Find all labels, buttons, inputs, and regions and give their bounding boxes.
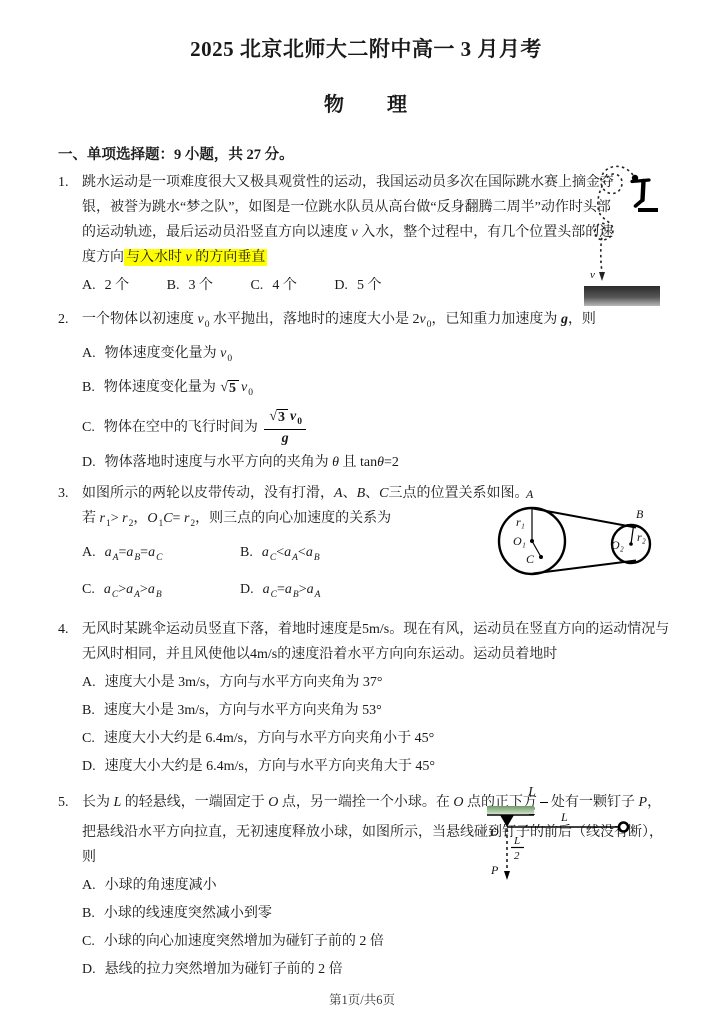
velocity-label: v (590, 269, 595, 281)
option-text: 速度大小大约是 6.4m/s，方向与水平方向夹角大于 45° (105, 759, 435, 774)
question-4-text: 无风时某跳伞运动员竖直下落，着地时速度是5m/s。现在有风，运动员在竖直方向的运… (82, 622, 669, 662)
nail-p-label: P (490, 863, 499, 877)
half-length-numerator: L (513, 835, 520, 847)
diver-trajectory-figure: v (578, 150, 668, 310)
question-1-number: 1. (58, 170, 82, 195)
point-c-dot (539, 555, 543, 559)
question-3-options: A.aA=aB=aC B.aC<aA<aB C.aC>aA>aB D.aC=aB… (58, 537, 460, 611)
option-label: C. (82, 731, 95, 746)
radius-r2-label: r₂ (637, 530, 646, 544)
option-text: 2 个 (105, 278, 130, 293)
point-c-label: C (526, 552, 535, 566)
option-text: aC<aA<aB (262, 545, 320, 560)
option-text: 5 个 (357, 278, 382, 293)
option-b: B.物体速度变化量为 √5v0 (82, 375, 674, 406)
option-label: D. (240, 582, 254, 597)
question-4-options: A.速度大小是 3m/s，方向与水平方向夹角为 37° B.速度大小是 3m/s… (58, 670, 674, 779)
point-b-label: B (636, 507, 644, 521)
question-3-number: 3. (58, 481, 82, 506)
option-c: C.物体在空中的飞行时间为 √3v0g (82, 409, 674, 447)
option-label: B. (167, 278, 180, 293)
option-label: B. (82, 703, 95, 718)
point-a-label: A (525, 487, 534, 501)
option-c: C.速度大小大约是 6.4m/s，方向与水平方向夹角小于 45° (82, 726, 674, 751)
option-label: C. (82, 934, 95, 949)
option-c: C.aC>aA>aB (82, 577, 240, 608)
question-4-body: 4.无风时某跳伞运动员竖直下落，着地时速度是5m/s。现在有风，运动员在竖直方向… (58, 617, 674, 667)
question-2-body: 2.一个物体以初速度 v0 水平抛出，落地时的速度大小是 2v0，已知重力加速度… (58, 307, 674, 338)
center-o1-label: O₁ (513, 534, 526, 548)
option-text: 物体落地时速度与水平方向的夹角为 θ 且 tanθ=2 (105, 455, 399, 470)
question-1-body: 1.跳水运动是一项难度很大又极具观赏性的运动，我国运动员多次在国际跳水赛上摘金夺… (58, 170, 616, 270)
support-triangle (500, 815, 514, 827)
option-label: B. (82, 380, 95, 395)
option-label: C. (250, 278, 263, 293)
option-text: 速度大小大约是 6.4m/s，方向与水平方向夹角小于 45° (104, 731, 434, 746)
down-arrowhead (504, 871, 510, 880)
belt-bottom (533, 561, 636, 574)
center-o2-dot (629, 542, 633, 546)
option-text: 速度大小是 3m/s，方向与水平方向夹角为 53° (104, 703, 382, 718)
option-a: A.物体速度变化量为 v0 (82, 341, 674, 372)
diver-silhouette (632, 175, 649, 206)
option-d: D.aC=aB>aA (240, 577, 460, 608)
option-b: B.小球的线速度突然减小到零 (82, 901, 674, 926)
question-2: 2.一个物体以初速度 v0 水平抛出，落地时的速度大小是 2v0，已知重力加速度… (58, 307, 674, 475)
option-text: 3 个 (188, 278, 213, 293)
option-text: 4 个 (272, 278, 297, 293)
center-o1-dot (530, 539, 534, 543)
option-label: C. (82, 582, 95, 597)
option-text: 小球的角速度减小 (105, 878, 217, 893)
option-b: B.aC<aA<aB (240, 540, 460, 571)
question-2-options: A.物体速度变化量为 v0 B.物体速度变化量为 √5v0 C.物体在空中的飞行… (58, 341, 674, 475)
length-l-label: L (560, 810, 568, 824)
question-2-number: 2. (58, 307, 82, 332)
question-2-text: 一个物体以初速度 v0 水平抛出，落地时的速度大小是 2v0，已知重力加速度为 … (82, 312, 596, 327)
option-a: A.速度大小是 3m/s，方向与水平方向夹角为 37° (82, 670, 674, 695)
option-c: C.小球的向心加速度突然增加为碰钉子前的 2 倍 (82, 929, 674, 954)
option-d: D.5 个 (334, 273, 381, 298)
option-label: D. (82, 759, 96, 774)
question-4-number: 4. (58, 617, 82, 642)
option-b: B.速度大小是 3m/s，方向与水平方向夹角为 53° (82, 698, 674, 723)
ceiling-bar (487, 806, 534, 814)
page-number: 第1页/共6页 (0, 990, 724, 1008)
option-label: A. (82, 278, 96, 293)
question-1-text: 跳水运动是一项难度很大又极具观赏性的运动，我国运动员多次在国际跳水赛上摘金夺银，… (82, 175, 614, 266)
option-label: D. (334, 278, 348, 293)
belt-top (533, 509, 636, 528)
ball (619, 823, 628, 832)
option-c: C.4 个 (250, 273, 296, 298)
option-text: 悬线的拉力突然增加为碰钉子前的 2 倍 (105, 962, 343, 977)
option-text: aC=aB>aA (263, 582, 321, 597)
water-surface (584, 286, 660, 306)
option-d: D.物体落地时速度与水平方向的夹角为 θ 且 tanθ=2 (82, 450, 674, 475)
option-label: A. (82, 878, 96, 893)
trajectory-dotted-path (595, 166, 633, 272)
exam-page: 2025 北京北师大二附中高一 3 月月考 物 理 一、单项选择题：9 小题，共… (0, 0, 724, 1024)
option-text: 物体速度变化量为 v0 (105, 346, 232, 361)
option-b: B.3 个 (167, 273, 213, 298)
option-text: 小球的线速度突然减小到零 (104, 906, 272, 921)
question-3-text: 如图所示的两轮以皮带传动，没有打滑，A、B、C三点的位置关系如图。若 r1> r… (82, 486, 528, 526)
option-d: D.悬线的拉力突然增加为碰钉子前的 2 倍 (82, 957, 674, 982)
option-label: A. (82, 346, 96, 361)
option-label: A. (82, 675, 96, 690)
question-4: 4.无风时某跳伞运动员竖直下落，着地时速度是5m/s。现在有风，运动员在竖直方向… (58, 617, 674, 779)
option-text: aC>aA>aB (104, 582, 162, 597)
option-label: B. (240, 545, 253, 560)
option-label: A. (82, 545, 96, 560)
option-text: aA=aB=aC (105, 545, 163, 560)
pendulum-nail-figure: O L L 2 P (481, 796, 666, 901)
trajectory-arrowhead (599, 272, 605, 281)
page-title: 2025 北京北师大二附中高一 3 月月考 (58, 36, 674, 62)
radius-r2-line (631, 526, 634, 544)
option-text: 物体在空中的飞行时间为 √3v0g (104, 420, 309, 435)
option-text: 物体速度变化量为 √5v0 (104, 380, 253, 395)
option-a: A.2 个 (82, 273, 129, 298)
option-a: A.aA=aB=aC (82, 540, 240, 571)
option-label: D. (82, 962, 96, 977)
question-3-body: 3.如图所示的两轮以皮带传动，没有打滑，A、B、C三点的位置关系如图。若 r1>… (58, 481, 534, 537)
option-label: B. (82, 906, 95, 921)
belt-drive-figure: A B r₁ O₁ C r₂ O₂ (490, 484, 672, 588)
point-o-label: O (490, 825, 499, 839)
question-5-number: 5. (58, 790, 82, 815)
radius-r1-label: r₁ (516, 515, 525, 529)
center-o2-label: O₂ (611, 538, 624, 552)
option-text: 小球的向心加速度突然增加为碰钉子前的 2 倍 (104, 934, 384, 949)
half-length-denominator: 2 (514, 850, 520, 862)
option-text: 速度大小是 3m/s，方向与水平方向夹角为 37° (105, 675, 383, 690)
diving-platform (638, 208, 658, 212)
option-label: C. (82, 420, 95, 435)
option-label: D. (82, 455, 96, 470)
subject-title: 物 理 (58, 88, 674, 117)
option-d: D.速度大小大约是 6.4m/s，方向与水平方向夹角大于 45° (82, 754, 674, 779)
